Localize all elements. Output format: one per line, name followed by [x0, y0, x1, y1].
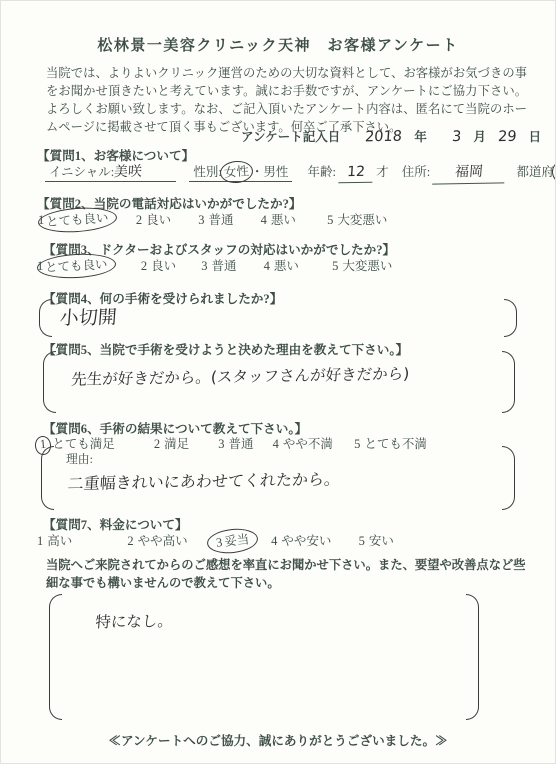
- footer-thanks: ≪アンケートへのご協力、誠にありがとうございました。≫: [1, 730, 555, 749]
- q3-option-1-circled: とても良い: [37, 252, 117, 280]
- gender-label: 性別:: [193, 165, 221, 179]
- bracket-right: [502, 446, 515, 510]
- q3-option-5: 5大変悪い: [332, 256, 392, 274]
- bracket-right: [466, 594, 479, 720]
- question-2-options: 1とても良い 2良い 3普通 4悪い 5大変悪い: [38, 210, 387, 229]
- q6-reason-label: 理由:: [54, 446, 502, 467]
- q7-option-1: 1高い: [37, 531, 72, 549]
- age-unit: 才: [376, 165, 389, 179]
- q2-option-3: 3普通: [198, 210, 233, 228]
- q7-option-2: 2やや高い: [127, 531, 187, 549]
- date-day-unit: 日: [529, 130, 542, 144]
- q2-option-1-circled: とても良い: [38, 205, 118, 234]
- address-pref-circled: 県: [551, 160, 556, 184]
- q6-reason-content: 理由: 二重幅きれいにあわせてくれたから。: [54, 446, 502, 510]
- q3-option-1: 1とても良い: [37, 257, 112, 275]
- initial-field: イニシャル:美咲: [45, 165, 176, 182]
- address-pref-prefix: 都道府: [516, 165, 554, 179]
- bracket-right: [504, 299, 517, 337]
- q5-answer-content: 先生が好きだから。(スタッフさんが好きだから): [56, 351, 502, 413]
- q3-option-4: 4悪い: [264, 256, 299, 274]
- date-year-value: 2018: [365, 129, 403, 146]
- question-4-answer-box: 小切開: [39, 299, 517, 337]
- bracket-left: [49, 594, 62, 720]
- date-month-value: 3: [451, 129, 461, 145]
- address-field: 住所: 福岡 都道府県: [402, 165, 556, 179]
- initial-label: イニシャル:: [49, 165, 114, 179]
- address-label: 住所:: [402, 165, 430, 179]
- q3-option-2: 2良い: [141, 256, 176, 274]
- question-6-reason-box: 理由: 二重幅きれいにあわせてくれたから。: [41, 446, 515, 510]
- question-7-options: 1高い 2やや高い 3妥当 4やや安い 5安い: [37, 531, 394, 550]
- q7-option-5: 5安い: [359, 531, 394, 549]
- gender-female-circled: 女性: [219, 160, 254, 185]
- q2-option-5: 5大変悪い: [327, 210, 387, 228]
- comments-answer-content: 特になし。: [62, 594, 466, 720]
- date-label: アンケート記入日: [241, 130, 340, 144]
- age-value-handwritten: 12: [338, 164, 373, 184]
- date-year-unit: 年: [414, 130, 427, 144]
- comments-prompt: 当院へご来院されてからのご感想を率直にお聞かせ下さい。また、要望や改善点など些細…: [46, 556, 529, 593]
- q6-reason-handwritten: 二重幅きれいにあわせてくれたから。: [54, 465, 341, 495]
- age-field: 年齢: 12 才: [308, 165, 389, 179]
- bracket-left: [41, 446, 54, 510]
- question-1-answer-row: イニシャル:美咲 性別:女性・男性 年齢: 12 才 住所: 福岡 都道府県: [45, 161, 556, 184]
- q4-answer-handwritten: 小切開: [52, 299, 118, 331]
- q3-option-3: 3普通: [201, 256, 236, 274]
- question-3-options: 1とても良い 2良い 3普通 4悪い 5大変悪い: [37, 256, 392, 275]
- survey-date-line: アンケート記入日 2018 年 3 月 29 日: [241, 127, 541, 145]
- q2-option-2: 2良い: [136, 210, 171, 228]
- q4-answer-content: 小切開: [52, 299, 504, 337]
- gender-male-option: 男性: [263, 165, 288, 179]
- question-5-answer-box: 先生が好きだから。(スタッフさんが好きだから): [43, 351, 515, 413]
- q2-option-4: 4悪い: [261, 210, 296, 228]
- bracket-left: [43, 351, 56, 413]
- gender-field: 性別:女性・男性: [189, 165, 292, 182]
- comments-answer-handwritten: 特になし。: [62, 594, 175, 633]
- comments-answer-box: 特になし。: [49, 594, 479, 720]
- page-title: 松林景一美容クリニック天神 お客様アンケート: [1, 34, 555, 55]
- q5-answer-handwritten: 先生が好きだから。(スタッフさんが好きだから): [56, 351, 411, 390]
- q2-option-1: 1とても良い: [38, 211, 113, 229]
- address-value-handwritten: 福岡: [432, 160, 506, 184]
- date-day-value: 29: [497, 129, 517, 145]
- q7-option-4: 4やや安い: [271, 531, 331, 549]
- date-month-unit: 月: [473, 130, 486, 144]
- initial-value-handwritten: 美咲: [114, 161, 143, 181]
- bracket-left: [39, 299, 52, 337]
- survey-form-scan: 松林景一美容クリニック天神 お客様アンケート 当院では、よりよいクリニック運営の…: [0, 0, 556, 764]
- q7-option-3-circled: 3妥当: [206, 526, 259, 555]
- age-label: 年齢:: [308, 165, 336, 179]
- bracket-right: [502, 351, 515, 413]
